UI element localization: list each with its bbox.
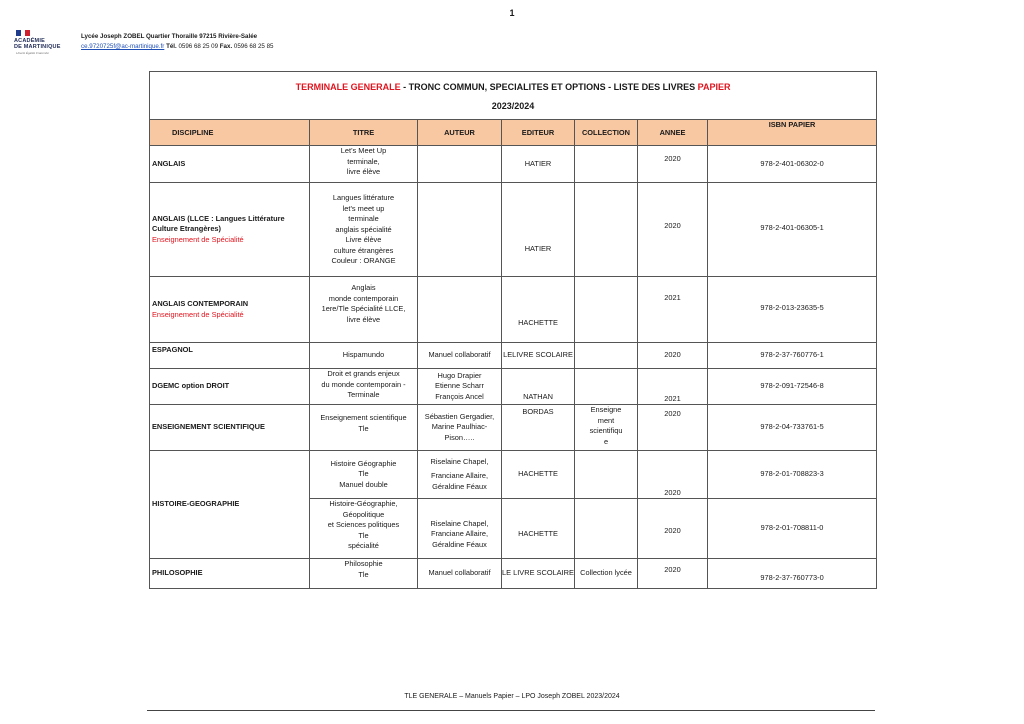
cell-auteur-line: Manuel collaboratif — [420, 568, 499, 579]
column-header-annee: ANNEE — [638, 120, 708, 146]
cell-annee: 2020 — [638, 559, 708, 589]
discipline-name: ANGLAIS — [152, 159, 185, 168]
cell-titre-line: du monde contemporain - — [312, 380, 415, 391]
cell-isbn: 978-2-013-23635-5 — [708, 277, 877, 343]
logo-line-2: DE MARTINIQUE — [14, 44, 61, 50]
cell-collection: Collection lycée — [575, 559, 638, 589]
cell-titre: Enseignement scientifiqueTle — [310, 405, 418, 451]
cell-editeur: HACHETTE — [502, 451, 575, 499]
cell-annee: 2020 — [638, 343, 708, 369]
cell-titre-line: let’s meet up — [312, 204, 415, 215]
cell-annee: 2020 — [638, 146, 708, 183]
cell-auteur-line: Franciane Allaire, — [420, 529, 499, 540]
cell-titre-line: Droit et grands enjeux — [312, 369, 415, 380]
footer-divider — [147, 710, 875, 711]
cell-titre: Langues littératurelet’s meet upterminal… — [310, 183, 418, 277]
discipline-name: DGEMC option DROIT — [152, 381, 229, 390]
column-header-auteur: AUTEUR — [418, 120, 502, 146]
cell-titre-line: anglais spécialité — [312, 225, 415, 236]
column-header-editeur: EDITEUR — [502, 120, 575, 146]
cell-titre-line: Hispamundo — [312, 350, 415, 361]
cell-discipline: ANGLAIS — [150, 146, 310, 183]
cell-auteur-line: Sébastien Gergadier, — [420, 412, 499, 423]
cell-editeur: LELIVRE SCOLAIRE — [502, 343, 575, 369]
cell-isbn: 978-2-37-760773-0 — [708, 559, 877, 589]
cell-titre-line: terminale, — [312, 157, 415, 168]
academie-logo: ACADÉMIE DE MARTINIQUE Liberté Égalité F… — [10, 28, 72, 68]
cell-auteur-line: Etienne Scharr — [420, 381, 499, 392]
cell-auteur — [418, 146, 502, 183]
cell-auteur-line: Hugo Drapier — [420, 371, 499, 382]
table-row: ENSEIGNEMENT SCIENTIFIQUEEnseignement sc… — [150, 405, 877, 451]
discipline-name: ANGLAIS CONTEMPORAIN — [152, 299, 248, 308]
cell-auteur-line: Riselaine Chapel, — [420, 519, 499, 530]
cell-editeur: HACHETTE — [502, 499, 575, 559]
cell-auteur-line: Manuel collaboratif — [420, 350, 499, 361]
cell-annee: 2020 — [638, 499, 708, 559]
table-row: DGEMC option DROITDroit et grands enjeux… — [150, 369, 877, 405]
cell-discipline: ANGLAIS (LLCE : Langues Littérature Cult… — [150, 183, 310, 277]
table-row: HISTOIRE-GEOGRAPHIEHistoire GéographieTl… — [150, 451, 877, 499]
column-header-isbn: ISBN PAPIER — [708, 120, 877, 146]
cell-titre: Droit et grands enjeuxdu monde contempor… — [310, 369, 418, 405]
fax-number: 0596 68 25 85 — [234, 43, 274, 50]
cell-isbn: 978-2-401-06302-0 — [708, 146, 877, 183]
cell-isbn: 978-2-04-733761-5 — [708, 405, 877, 451]
cell-collection — [575, 369, 638, 405]
cell-titre-line: monde contemporain — [312, 294, 415, 305]
cell-auteur-line: François Ancel — [420, 392, 499, 403]
cell-titre-line: Manuel double — [312, 480, 415, 491]
cell-titre-line: Géopolitique — [312, 510, 415, 521]
cell-auteur-line: Pison….. — [420, 433, 499, 444]
cell-titre-line: Tle — [312, 424, 415, 435]
cell-editeur: HACHETTE — [502, 277, 575, 343]
cell-collection-line: e — [577, 437, 635, 448]
cell-collection — [575, 146, 638, 183]
title-format: PAPIER — [698, 82, 731, 92]
cell-titre-line: Tle — [312, 570, 415, 581]
column-header-collection: COLLECTION — [575, 120, 638, 146]
cell-auteur: Riselaine Chapel,Franciane Allaire,Géral… — [418, 451, 502, 499]
cell-titre: Histoire-Géographie,Géopolitiqueet Scien… — [310, 499, 418, 559]
cell-titre-line: Couleur : ORANGE — [312, 256, 415, 267]
cell-auteur: Hugo DrapierEtienne ScharrFrançois Ancel — [418, 369, 502, 405]
table-row: ANGLAIS CONTEMPORAINEnseignement de Spéc… — [150, 277, 877, 343]
cell-auteur: Sébastien Gergadier,Marine Paulhiac-Piso… — [418, 405, 502, 451]
cell-titre-line: Philosophie — [312, 559, 415, 570]
cell-collection: Enseignementscientifique — [575, 405, 638, 451]
cell-auteur-line: Géraldine Féaux — [420, 482, 499, 493]
cell-auteur-line: Géraldine Féaux — [420, 540, 499, 551]
cell-annee: 2020 — [638, 405, 708, 451]
cell-collection-line: Enseigne — [577, 405, 635, 416]
page-footer: TLE GENERALE – Manuels Papier – LPO Jose… — [0, 693, 1024, 700]
cell-auteur: Manuel collaboratif — [418, 559, 502, 589]
cell-auteur — [418, 277, 502, 343]
cell-titre-line: spécialité — [312, 541, 415, 552]
cell-titre: Anglaismonde contemporain1ere/Tle Spécia… — [310, 277, 418, 343]
cell-collection-line: scientifiqu — [577, 426, 635, 437]
cell-titre-line: Histoire-Géographie, — [312, 499, 415, 510]
fax-label: Fax. — [220, 43, 232, 50]
document-title: TERMINALE GENERALE - TRONC COMMUN, SPECI… — [150, 72, 877, 120]
cell-auteur — [418, 183, 502, 277]
school-contact: ce.9720725f@ac-martinique.fr Tél. 0596 6… — [81, 42, 273, 52]
cell-collection — [575, 343, 638, 369]
discipline-name: HISTOIRE-GEOGRAPHIE — [152, 499, 239, 508]
title-middle: - TRONC COMMUN, SPECIALITES ET OPTIONS -… — [401, 82, 698, 92]
cell-titre-line: Anglais — [312, 283, 415, 294]
discipline-name: ANGLAIS (LLCE : Langues Littérature Cult… — [152, 214, 285, 234]
cell-editeur: HATIER — [502, 183, 575, 277]
cell-titre-line: 1ere/Tle Spécialité LLCE, — [312, 304, 415, 315]
cell-titre-line: Histoire Géographie — [312, 459, 415, 470]
cell-discipline: HISTOIRE-GEOGRAPHIE — [150, 451, 310, 559]
cell-titre: Hispamundo — [310, 343, 418, 369]
cell-auteur: Manuel collaboratif — [418, 343, 502, 369]
cell-collection-line: ment — [577, 416, 635, 427]
book-list-table: TERMINALE GENERALE - TRONC COMMUN, SPECI… — [149, 71, 877, 589]
table-row: ANGLAIS (LLCE : Langues Littérature Cult… — [150, 183, 877, 277]
school-header: Lycée Joseph ZOBEL Quartier Thoraille 97… — [81, 32, 273, 52]
cell-collection — [575, 277, 638, 343]
cell-titre: Histoire GéographieTleManuel double — [310, 451, 418, 499]
cell-titre-line: Let’s Meet Up — [312, 146, 415, 157]
cell-annee: 2021 — [638, 277, 708, 343]
discipline-name: ENSEIGNEMENT SCIENTIFIQUE — [152, 422, 265, 431]
cell-titre-line: et Sciences politiques — [312, 520, 415, 531]
tel-number: 0596 68 25 09 — [178, 43, 218, 50]
cell-titre-line: Terminale — [312, 390, 415, 401]
specialite-note: Enseignement de Spécialité — [152, 310, 307, 321]
column-header-titre: TITRE — [310, 120, 418, 146]
cell-titre-line: Enseignement scientifique — [312, 413, 415, 424]
page-number: 1 — [0, 8, 1024, 18]
cell-discipline: ESPAGNOL — [150, 343, 310, 369]
cell-titre-line: Tle — [312, 531, 415, 542]
cell-titre: PhilosophieTle — [310, 559, 418, 589]
cell-isbn: 978-2-01-708811-0 — [708, 499, 877, 559]
cell-auteur: Riselaine Chapel,Franciane Allaire,Géral… — [418, 499, 502, 559]
cell-collection — [575, 499, 638, 559]
cell-titre-line: Langues littérature — [312, 193, 415, 204]
cell-titre: Let’s Meet Upterminale,livre élève — [310, 146, 418, 183]
table-row: ANGLAISLet’s Meet Upterminale,livre élèv… — [150, 146, 877, 183]
school-name: Lycée Joseph ZOBEL Quartier Thoraille 97… — [81, 32, 273, 42]
cell-collection-line: Collection lycée — [575, 568, 637, 579]
column-header-discipline: DISCIPLINE — [150, 120, 310, 146]
cell-titre-line: livre élève — [312, 315, 415, 326]
cell-discipline: DGEMC option DROIT — [150, 369, 310, 405]
cell-auteur-line: Marine Paulhiac- — [420, 422, 499, 433]
cell-editeur: HATIER — [502, 146, 575, 183]
table-body: ANGLAISLet’s Meet Upterminale,livre élèv… — [150, 146, 877, 589]
cell-editeur: LE LIVRE SCOLAIRE — [502, 559, 575, 589]
cell-titre-line: Livre élève — [312, 235, 415, 246]
cell-collection — [575, 183, 638, 277]
cell-collection — [575, 451, 638, 499]
table-row: PHILOSOPHIEPhilosophieTleManuel collabor… — [150, 559, 877, 589]
cell-annee: 2021 — [638, 369, 708, 405]
cell-discipline: ANGLAIS CONTEMPORAINEnseignement de Spéc… — [150, 277, 310, 343]
specialite-note: Enseignement de Spécialité — [152, 235, 307, 246]
cell-titre-line: livre élève — [312, 167, 415, 178]
cell-isbn: 978-2-091-72546-8 — [708, 369, 877, 405]
cell-isbn: 978-2-37-760776-1 — [708, 343, 877, 369]
cell-discipline: ENSEIGNEMENT SCIENTIFIQUE — [150, 405, 310, 451]
cell-titre-line: Tle — [312, 469, 415, 480]
school-year: 2023/2024 — [152, 101, 874, 112]
table-row: ESPAGNOLHispamundoManuel collaboratifLEL… — [150, 343, 877, 369]
cell-editeur: NATHAN — [502, 369, 575, 405]
logo-motto: Liberté Égalité Fraternité — [16, 51, 49, 55]
cell-titre-line: culture étrangères — [312, 246, 415, 257]
cell-isbn: 978-2-401-06305-1 — [708, 183, 877, 277]
discipline-name: ESPAGNOL — [152, 345, 193, 354]
tel-label: Tél. — [166, 43, 177, 50]
cell-annee: 2020 — [638, 183, 708, 277]
cell-discipline: PHILOSOPHIE — [150, 559, 310, 589]
cell-titre-line: terminale — [312, 214, 415, 225]
cell-annee: 2020 — [638, 451, 708, 499]
french-flag-icon — [16, 30, 30, 36]
cell-auteur-line: Franciane Allaire, — [420, 471, 499, 482]
cell-auteur-line: Riselaine Chapel, — [420, 457, 499, 468]
school-email-link[interactable]: ce.9720725f@ac-martinique.fr — [81, 43, 164, 50]
title-grade: TERMINALE GENERALE — [296, 82, 401, 92]
cell-isbn: 978-2-01-708823-3 — [708, 451, 877, 499]
cell-editeur: BORDAS — [502, 405, 575, 451]
discipline-name: PHILOSOPHIE — [152, 568, 203, 577]
table-header-row: DISCIPLINETITREAUTEUREDITEURCOLLECTIONAN… — [150, 120, 877, 146]
